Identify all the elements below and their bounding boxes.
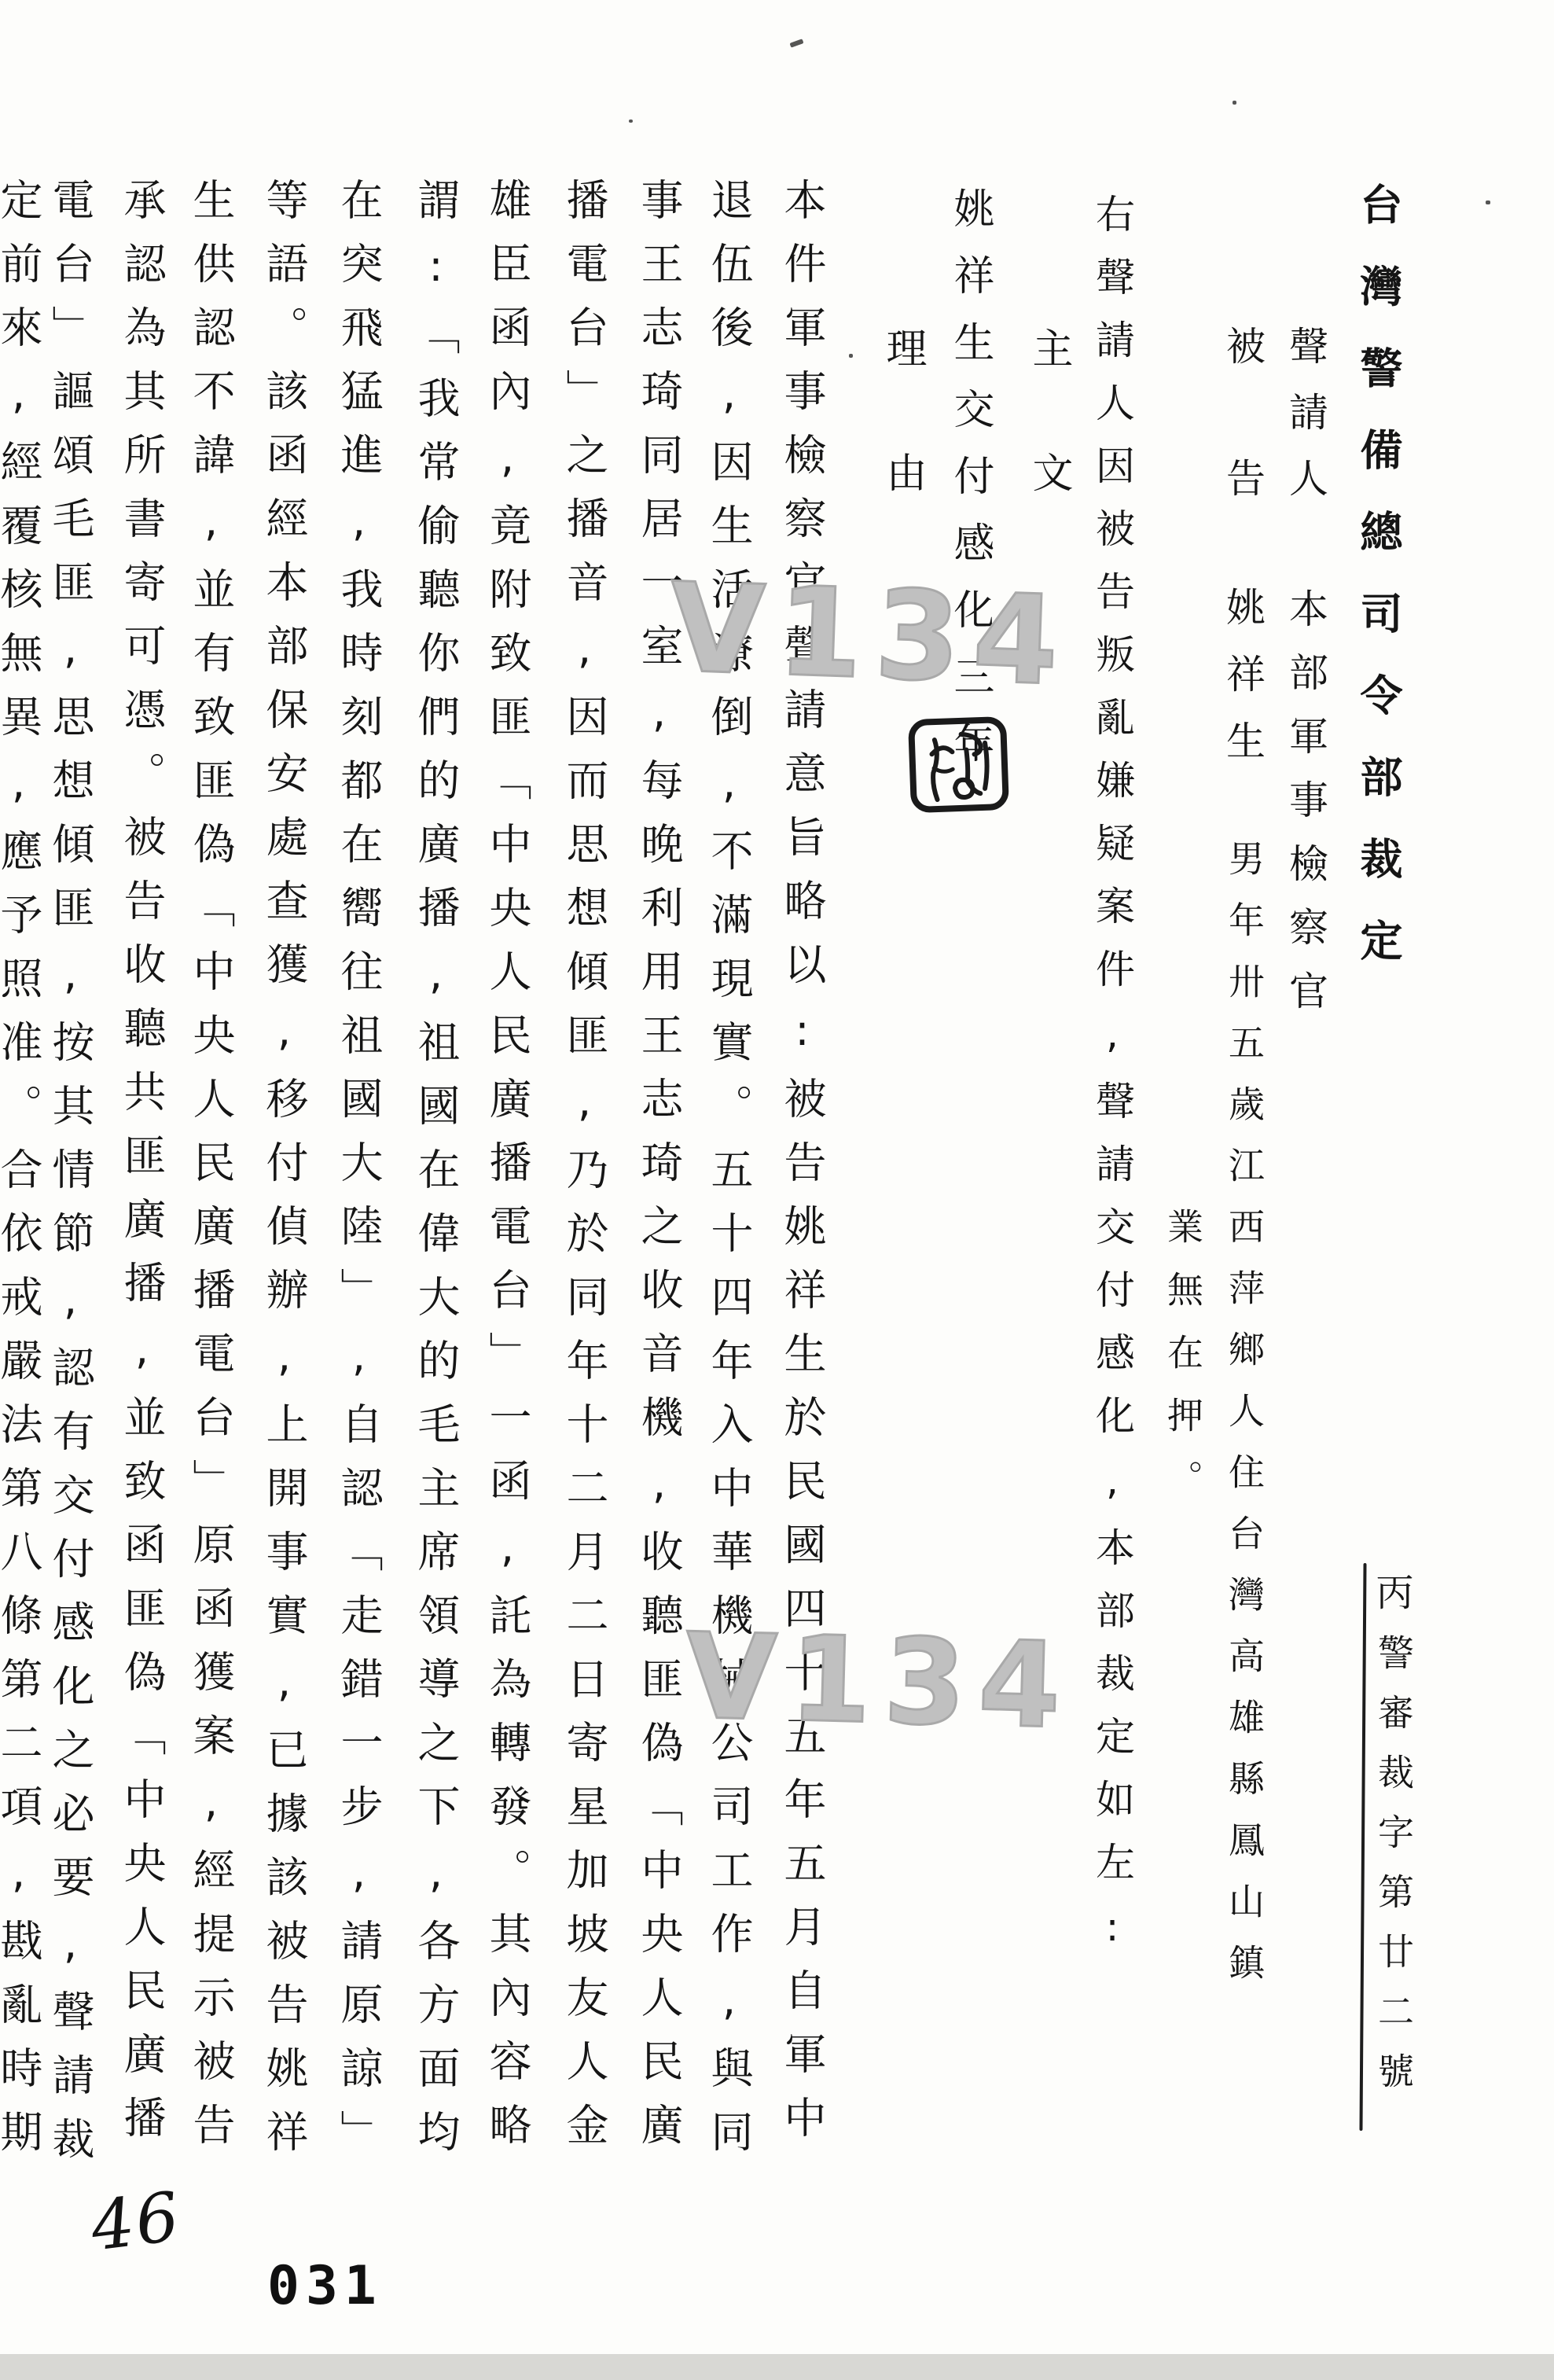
reason-column: 在突飛猛進,我時刻都在嚮往祖國大陸」,自認「走錯一步,請原諒」 <box>337 178 380 2173</box>
defendant-description: 男年卅五歲江西萍鄉人住台灣高雄縣鳳山鎮 <box>1226 840 1262 2005</box>
reason-column: 定前來,經覆核無異,應予照准。合依戒嚴法第八條第二項,戡亂時期 <box>0 178 39 2173</box>
reason-column: 等語。該函經本部保安處查獲,移付偵辦,上開事實,已據該被告姚祥 <box>263 178 305 2173</box>
preamble: 右聲請人因被告叛亂嫌疑案件,聲請交付感化,本部裁定如左: <box>1093 193 1132 1974</box>
scan-speck <box>1486 200 1490 204</box>
scanned-document-page: 台灣警備總司令部裁定 聲請人 本部軍事檢察官 被告 姚祥生 男年卅五歲江西萍鄉人… <box>0 0 1554 2380</box>
reason-column: 退伍後,因生活潦倒,不滿現實。五十四年入中華機械公司工作,與同 <box>707 178 750 2173</box>
reason-column: 電台」謳頌毛匪,思想傾匪,按其情節,認有交付感化之必要,聲請裁 <box>49 178 91 2180</box>
reason-column: 事王志琦同居一室,每晚利用王志琦之收音機,收聽匪偽「中央人民廣 <box>637 178 680 2166</box>
watermark-v134: V134 <box>684 1609 1075 1756</box>
reason-column: 雄臣函內,竟附致匪「中央人民廣播電台」一函,託為轉發。其內容略 <box>486 178 528 2166</box>
case-label-prefix: 丙 <box>1372 1573 1410 1610</box>
case-label-number: 警審裁字第廿二號 <box>1376 1634 1412 2112</box>
scan-edge-band <box>0 2354 1554 2380</box>
custody-status: 業無在押。 <box>1165 1208 1201 1522</box>
ink-seal-stamp <box>907 715 1011 815</box>
defendant-label: 被告 <box>1223 326 1262 590</box>
handwritten-page-number: 46 <box>86 2177 185 2266</box>
case-label-rule <box>1359 1563 1366 2131</box>
main-text-heading: 主文 <box>1028 327 1069 576</box>
reason-column: 承認為其所書寄可憑。被告收聽共匪廣播,並致函匪偽「中央人民廣播 <box>120 178 163 2159</box>
defendant-name: 姚祥生 <box>1223 587 1262 787</box>
scan-speck <box>629 120 633 123</box>
reason-column: 生供認不諱,並有致匪偽「中央人民廣播電台」原函獲案,經提示被告 <box>189 178 232 2166</box>
reason-column: 謂:「我常偷聽你們的廣播,祖國在偉大的毛主席領導之下,各方面均 <box>414 178 457 2173</box>
page-number-stamp: 031 <box>267 2255 383 2317</box>
scan-speck <box>849 354 853 358</box>
watermark-v134: V134 <box>667 556 1073 713</box>
reason-column: 本件軍事檢察官聲請意旨略以:被告姚祥生於民國四十五年五月自軍中 <box>781 178 823 2159</box>
reason-column: 播電台」之播音,因而思想傾匪,乃於同年十二月二日寄星加坡友人金 <box>563 178 605 2166</box>
applicant-name: 本部軍事檢察官 <box>1286 588 1325 1034</box>
applicant-label: 聲請人 <box>1286 326 1325 524</box>
scan-speck <box>1233 101 1236 105</box>
scan-speck <box>789 39 803 47</box>
document-title: 台灣警備總司令部裁定 <box>1357 182 1399 1000</box>
reason-heading: 理由 <box>882 327 923 576</box>
seal-graphic <box>907 715 1011 815</box>
